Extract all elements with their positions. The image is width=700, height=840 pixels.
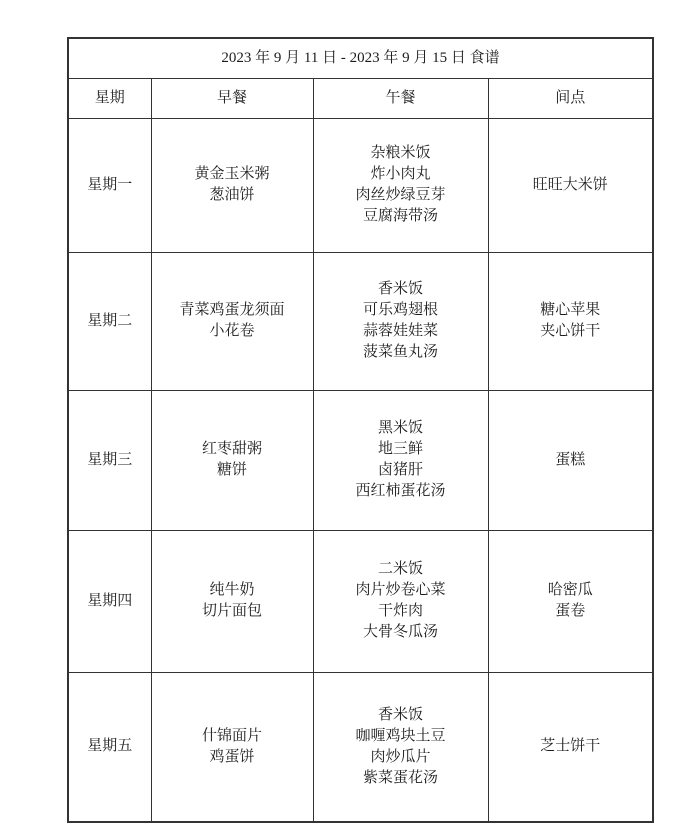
table-row-wednesday: 星期三 红枣甜粥 糖饼 黑米饭 地三鲜 卤猪肝 西红柿蛋花汤 蛋糕 [68,390,653,530]
column-header-lunch: 午餐 [313,78,488,118]
lunch-cell: 黑米饭 地三鲜 卤猪肝 西红柿蛋花汤 [313,390,488,530]
table-row-thursday: 星期四 纯牛奶 切片面包 二米饭 肉片炒卷心菜 干炸肉 大骨冬瓜汤 哈密瓜 蛋卷 [68,530,653,672]
lunch-cell: 二米饭 肉片炒卷心菜 干炸肉 大骨冬瓜汤 [313,530,488,672]
column-header-weekday: 星期 [68,78,151,118]
title-row: 2023 年 9 月 11 日 - 2023 年 9 月 15 日 食谱 [68,38,653,78]
breakfast-cell: 纯牛奶 切片面包 [151,530,313,672]
document-title: 2023 年 9 月 11 日 - 2023 年 9 月 15 日 食谱 [68,38,653,78]
weekday-cell: 星期五 [68,672,151,822]
table-row-tuesday: 星期二 青菜鸡蛋龙须面 小花卷 香米饭 可乐鸡翅根 蒜蓉娃娃菜 菠菜鱼丸汤 糖心… [68,252,653,390]
weekday-cell: 星期一 [68,118,151,252]
table-row-monday: 星期一 黄金玉米粥 葱油饼 杂粮米饭 炸小肉丸 肉丝炒绿豆芽 豆腐海带汤 旺旺大… [68,118,653,252]
weekly-menu-table: 2023 年 9 月 11 日 - 2023 年 9 月 15 日 食谱 星期 … [67,37,654,823]
lunch-cell: 香米饭 可乐鸡翅根 蒜蓉娃娃菜 菠菜鱼丸汤 [313,252,488,390]
breakfast-cell: 黄金玉米粥 葱油饼 [151,118,313,252]
header-row: 星期 早餐 午餐 间点 [68,78,653,118]
weekday-cell: 星期二 [68,252,151,390]
breakfast-cell: 青菜鸡蛋龙须面 小花卷 [151,252,313,390]
snack-cell: 糖心苹果 夹心饼干 [488,252,653,390]
lunch-cell: 杂粮米饭 炸小肉丸 肉丝炒绿豆芽 豆腐海带汤 [313,118,488,252]
snack-cell: 芝士饼干 [488,672,653,822]
lunch-cell: 香米饭 咖喱鸡块土豆 肉炒瓜片 紫菜蛋花汤 [313,672,488,822]
snack-cell: 旺旺大米饼 [488,118,653,252]
breakfast-cell: 什锦面片 鸡蛋饼 [151,672,313,822]
table-row-friday: 星期五 什锦面片 鸡蛋饼 香米饭 咖喱鸡块土豆 肉炒瓜片 紫菜蛋花汤 芝士饼干 [68,672,653,822]
column-header-snack: 间点 [488,78,653,118]
snack-cell: 哈密瓜 蛋卷 [488,530,653,672]
column-header-breakfast: 早餐 [151,78,313,118]
weekday-cell: 星期四 [68,530,151,672]
breakfast-cell: 红枣甜粥 糖饼 [151,390,313,530]
weekday-cell: 星期三 [68,390,151,530]
snack-cell: 蛋糕 [488,390,653,530]
